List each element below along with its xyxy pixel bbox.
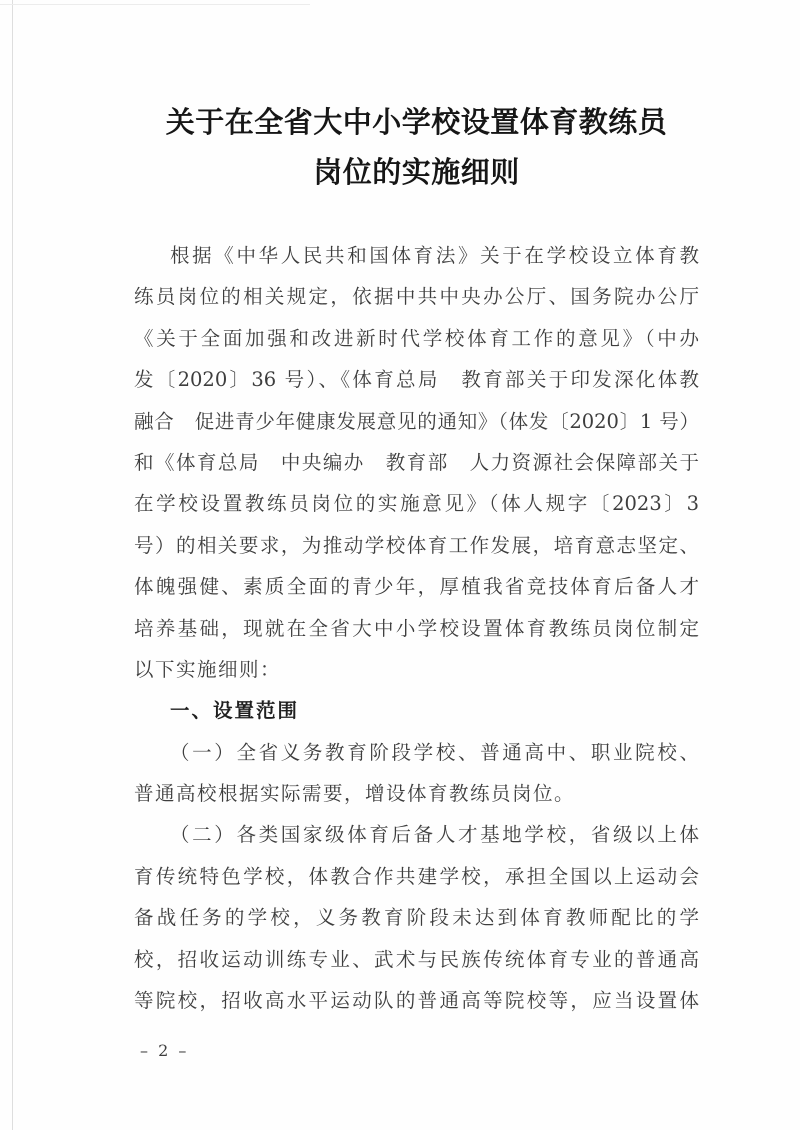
page-number: – 2 –: [140, 1041, 189, 1060]
body-line: 体魄强健、素质全面的青少年，厚植我省竞技体育后备人才: [134, 566, 699, 607]
body-line: 和《体育总局 中央编办 教育部 人力资源社会保障部关于: [134, 442, 699, 483]
document-body: 根据《中华人民共和国体育法》关于在学校设立体育教 练员岗位的相关规定，依据中共中…: [134, 235, 699, 1021]
body-line: （二）各类国家级体育后备人才基地学校，省级以上体: [134, 814, 699, 855]
body-line: 《关于全面加强和改进新时代学校体育工作的意见》（中办: [134, 318, 699, 359]
body-line: 等院校，招收高水平运动队的普通高等院校等，应当设置体: [134, 980, 699, 1021]
body-line: 融合 促进青少年健康发展意见的通知》（体发〔2020〕1 号）: [134, 401, 699, 442]
body-line: 根据《中华人民共和国体育法》关于在学校设立体育教: [134, 235, 699, 276]
body-line: 以下实施细则：: [134, 649, 699, 690]
title-line-1: 关于在全省大中小学校设置体育教练员: [134, 97, 699, 147]
body-line: 号）的相关要求，为推动学校体育工作发展，培育意志坚定、: [134, 525, 699, 566]
body-line: 普通高校根据实际需要，增设体育教练员岗位。: [134, 773, 699, 814]
document-content: 关于在全省大中小学校设置体育教练员 岗位的实施细则 根据《中华人民共和国体育法》…: [134, 0, 699, 1021]
body-line: 培养基础，现就在全省大中小学校设置体育教练员岗位制定: [134, 608, 699, 649]
body-line: 发〔2020〕36 号）、《体育总局 教育部关于印发深化体教: [134, 359, 699, 400]
body-line: 练员岗位的相关规定，依据中共中央办公厅、国务院办公厅: [134, 276, 699, 317]
body-line: 一、设置范围: [134, 690, 699, 731]
document-page: 关于在全省大中小学校设置体育教练员 岗位的实施细则 根据《中华人民共和国体育法》…: [0, 0, 800, 1130]
body-line: 校，招收运动训练专业、武术与民族传统体育专业的普通高: [134, 939, 699, 980]
scan-edge-line: [12, 0, 13, 1130]
body-line: 在学校设置教练员岗位的实施意见》（体人规字〔2023〕3: [134, 483, 699, 524]
body-line: （一）全省义务教育阶段学校、普通高中、职业院校、: [134, 732, 699, 773]
body-line: 备战任务的学校，义务教育阶段未达到体育教师配比的学: [134, 897, 699, 938]
body-line: 育传统特色学校，体教合作共建学校，承担全国以上运动会: [134, 856, 699, 897]
document-title: 关于在全省大中小学校设置体育教练员 岗位的实施细则: [134, 97, 699, 197]
title-line-2: 岗位的实施细则: [134, 147, 699, 197]
